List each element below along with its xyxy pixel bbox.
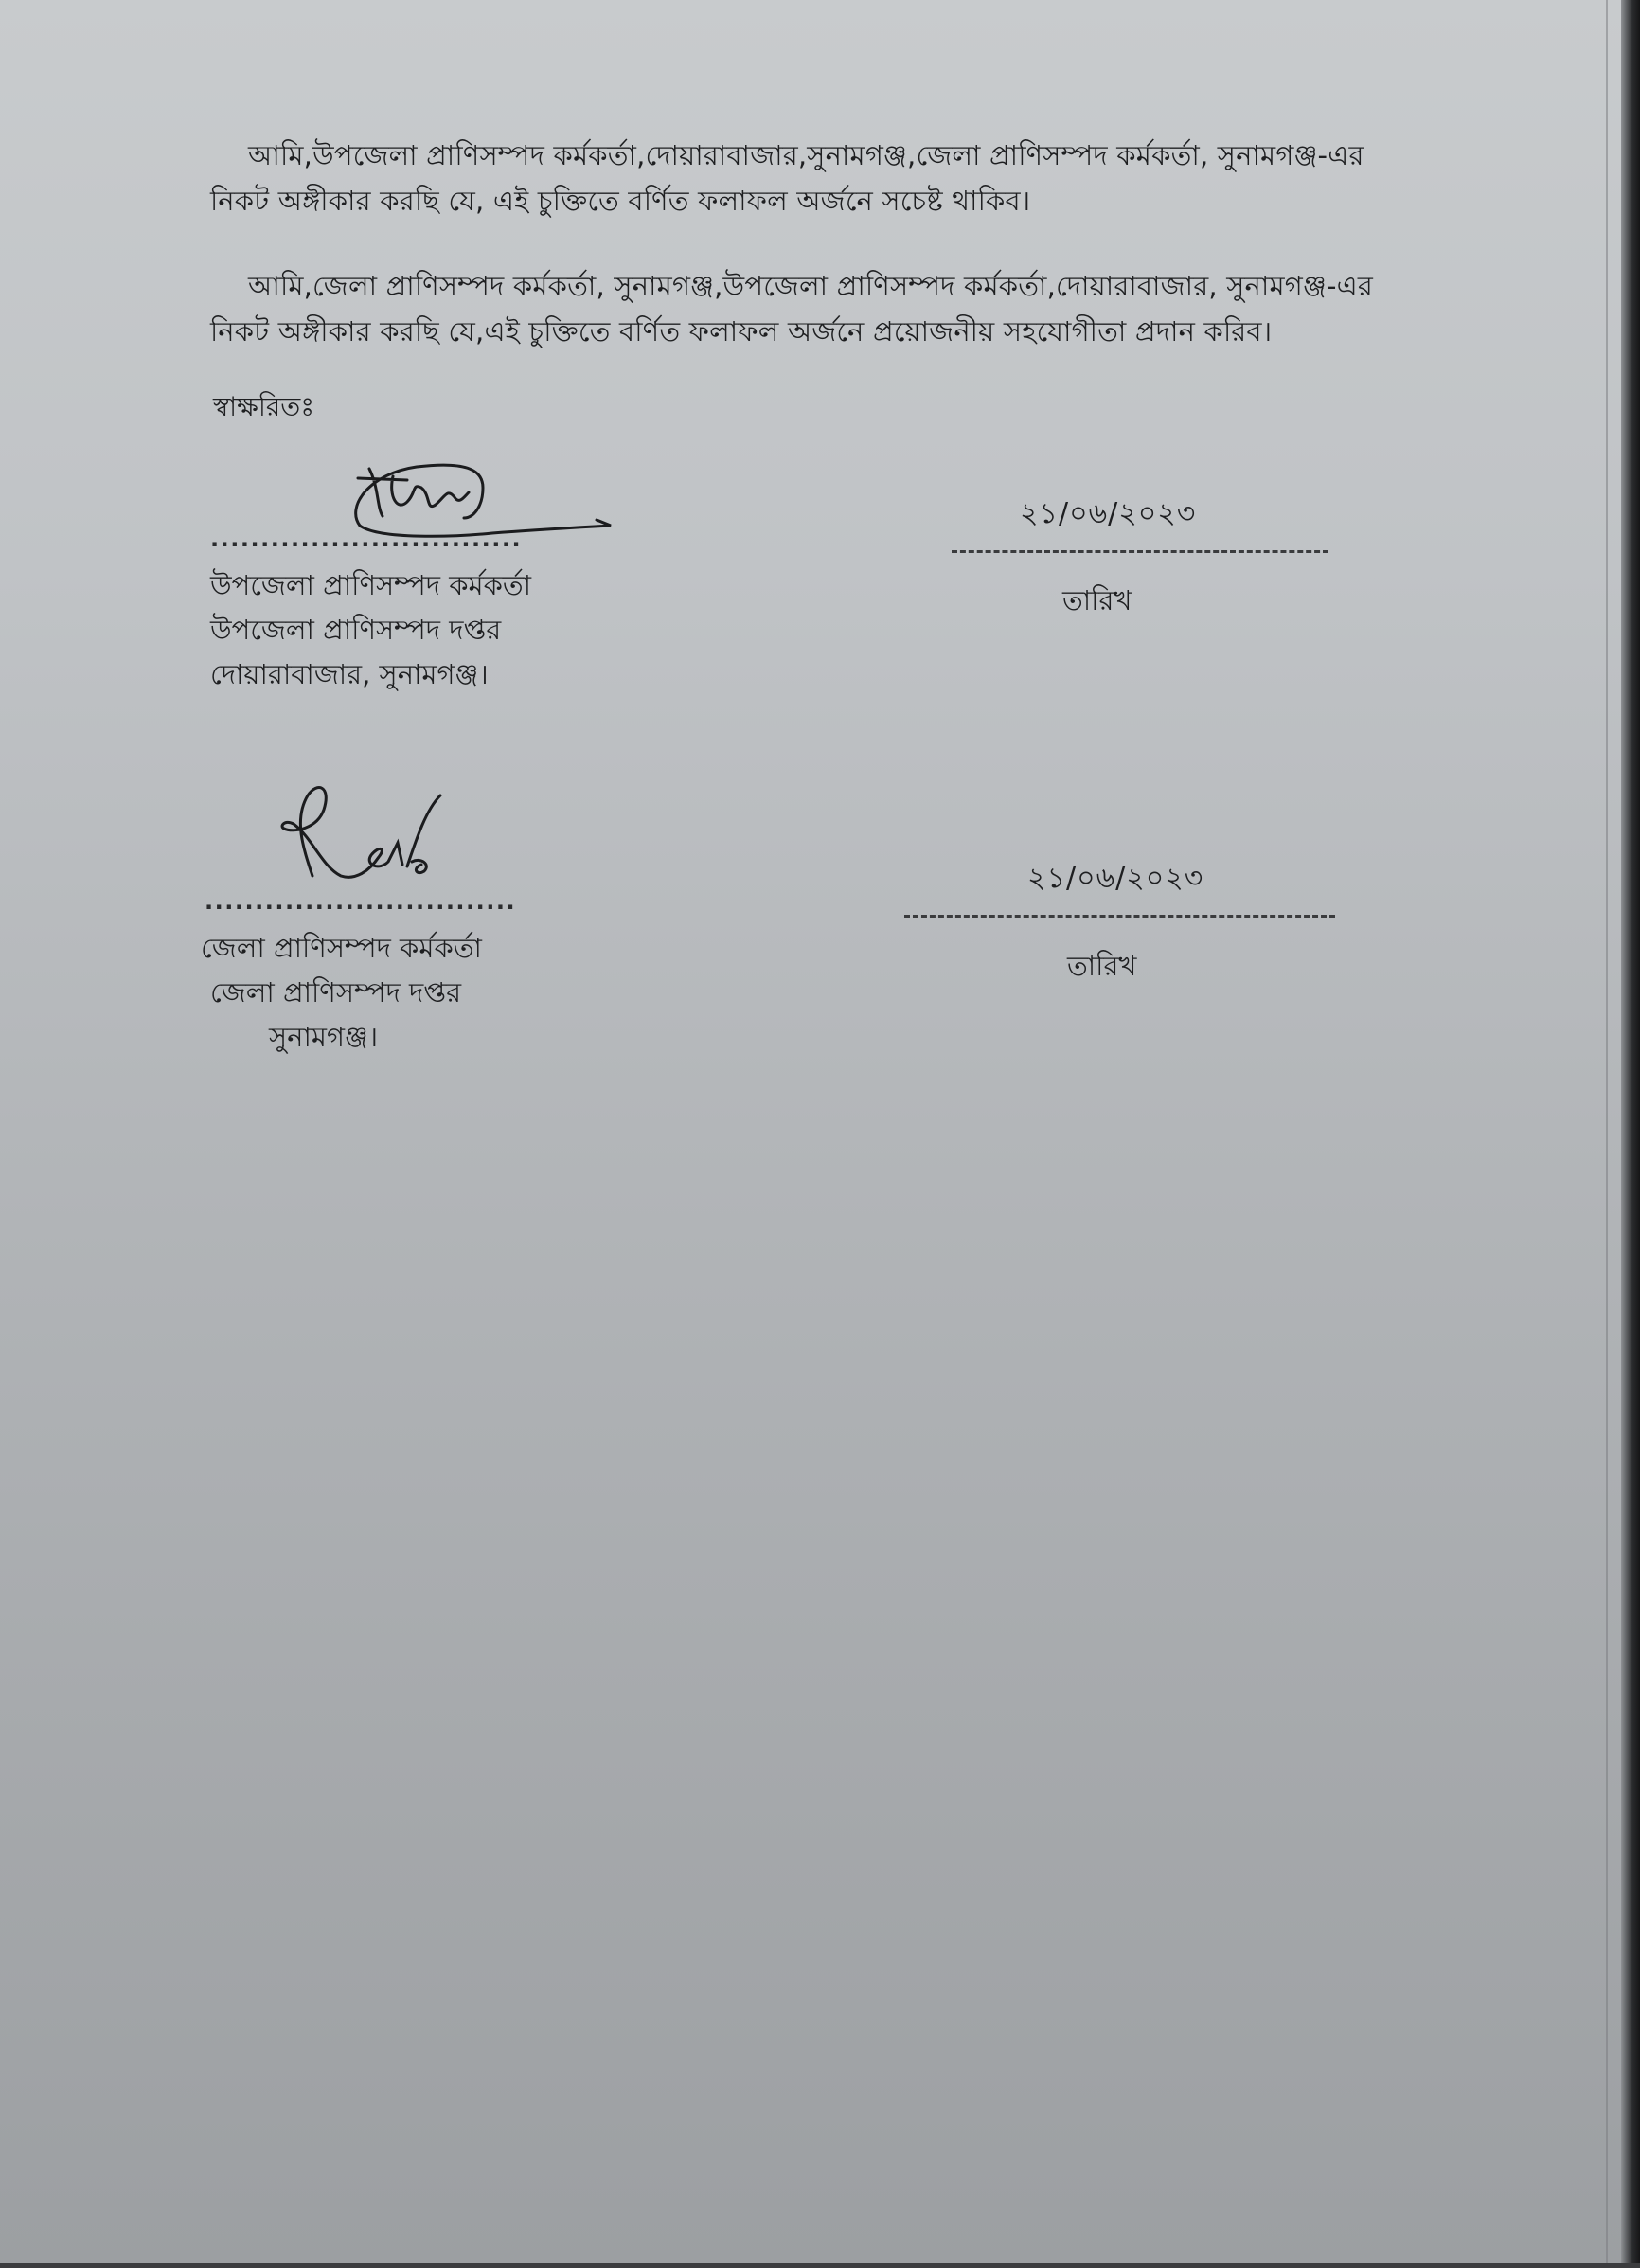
commitment-paragraph-upazila: আমি,উপজেলা প্রাণিসম্পদ কর্মকর্তা,দোয়ারা…	[210, 133, 1384, 223]
office-name: জেলা প্রাণিসম্পদ দপ্তর	[201, 971, 482, 1015]
signature-line-district: ...............................	[205, 888, 516, 915]
date-line-district	[904, 915, 1335, 918]
document-page: আমি,উপজেলা প্রাণিসম্পদ কর্মকর্তা,দোয়ারা…	[0, 0, 1621, 2263]
designation-title: উপজেলা প্রাণিসম্পদ কর্মকর্তা	[210, 563, 531, 608]
office-location: দোয়ারাবাজার, সুনামগঞ্জ।	[210, 652, 531, 697]
designation-title: জেলা প্রাণিসম্পদ কর্মকর্তা	[201, 926, 482, 971]
signature-date-district: ২১/০৬/২০২৩	[1027, 855, 1203, 903]
signed-label: স্বাক্ষরিতঃ	[213, 386, 314, 431]
commitment-paragraph-district: আমি,জেলা প্রাণিসম্পদ কর্মকর্তা, সুনামগঞ্…	[210, 263, 1384, 354]
signature-district-officer	[265, 781, 455, 885]
office-name: উপজেলা প্রাণিসম্পদ দপ্তর	[210, 608, 531, 652]
signatory-district-designation: জেলা প্রাণিসম্পদ কর্মকর্তা জেলা প্রাণিসম…	[201, 926, 482, 1060]
date-label-upazila: তারিখ	[1062, 580, 1132, 626]
date-label-district: তারিখ	[1067, 945, 1136, 991]
signatory-upazila-designation: উপজেলা প্রাণিসম্পদ কর্মকর্তা উপজেলা প্রা…	[210, 563, 531, 697]
page-edge-right	[1621, 0, 1640, 2268]
signature-line-upazila: ...............................	[210, 526, 522, 552]
office-location: সুনামগঞ্জ।	[201, 1015, 482, 1060]
signature-date-upazila: ২১/০৬/২০২৩	[1020, 491, 1196, 539]
date-line-upazila	[952, 550, 1328, 553]
page-edge-bottom	[0, 2263, 1640, 2268]
